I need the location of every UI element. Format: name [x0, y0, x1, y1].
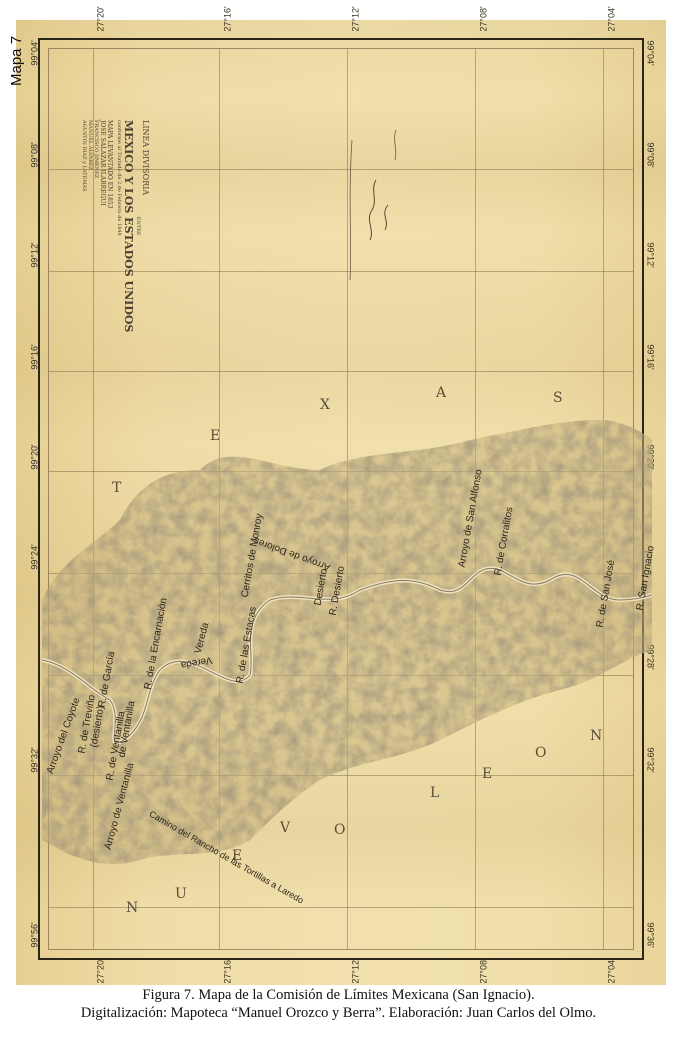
region-letter: E	[482, 766, 492, 782]
map-title-block: LINEA DIVISORIA ENTRE MEXICO Y LOS ESTAD…	[81, 120, 150, 332]
title-line: AGUSTIN DIAZ y LATEMAS	[81, 120, 87, 332]
region-letter: V	[280, 820, 290, 836]
title-line: FRANCISCO JIMENEZ	[93, 120, 99, 332]
region-letter: O	[334, 822, 345, 838]
region-letter: N	[590, 728, 602, 744]
region-letter: L	[430, 785, 439, 801]
figure-credit: Digitalización: Mapoteca “Manuel Orozco …	[0, 1005, 677, 1022]
region-letter: A	[436, 385, 446, 401]
title-line: JOSE SALAZAR ILARREGUI	[99, 120, 106, 332]
region-letter: O	[535, 745, 546, 761]
commissioner-signatures	[330, 120, 410, 290]
region-letter: X	[320, 397, 330, 413]
figure-caption: Figura 7. Mapa de la Comisión de Límites…	[0, 987, 677, 1004]
title-line: LINEA DIVISORIA	[141, 120, 150, 332]
region-letter: E	[210, 428, 220, 444]
title-line: MEXICO Y LOS ESTADOS UNIDOS	[122, 120, 135, 332]
title-line: MANUEL ALVAREZ	[87, 120, 93, 332]
region-letter: N	[126, 900, 138, 916]
title-line: MAPA LEVANTADO EN 1853	[106, 120, 113, 332]
region-letter: U	[175, 886, 187, 902]
region-letter: T	[112, 480, 121, 496]
region-letter: S	[553, 390, 563, 406]
